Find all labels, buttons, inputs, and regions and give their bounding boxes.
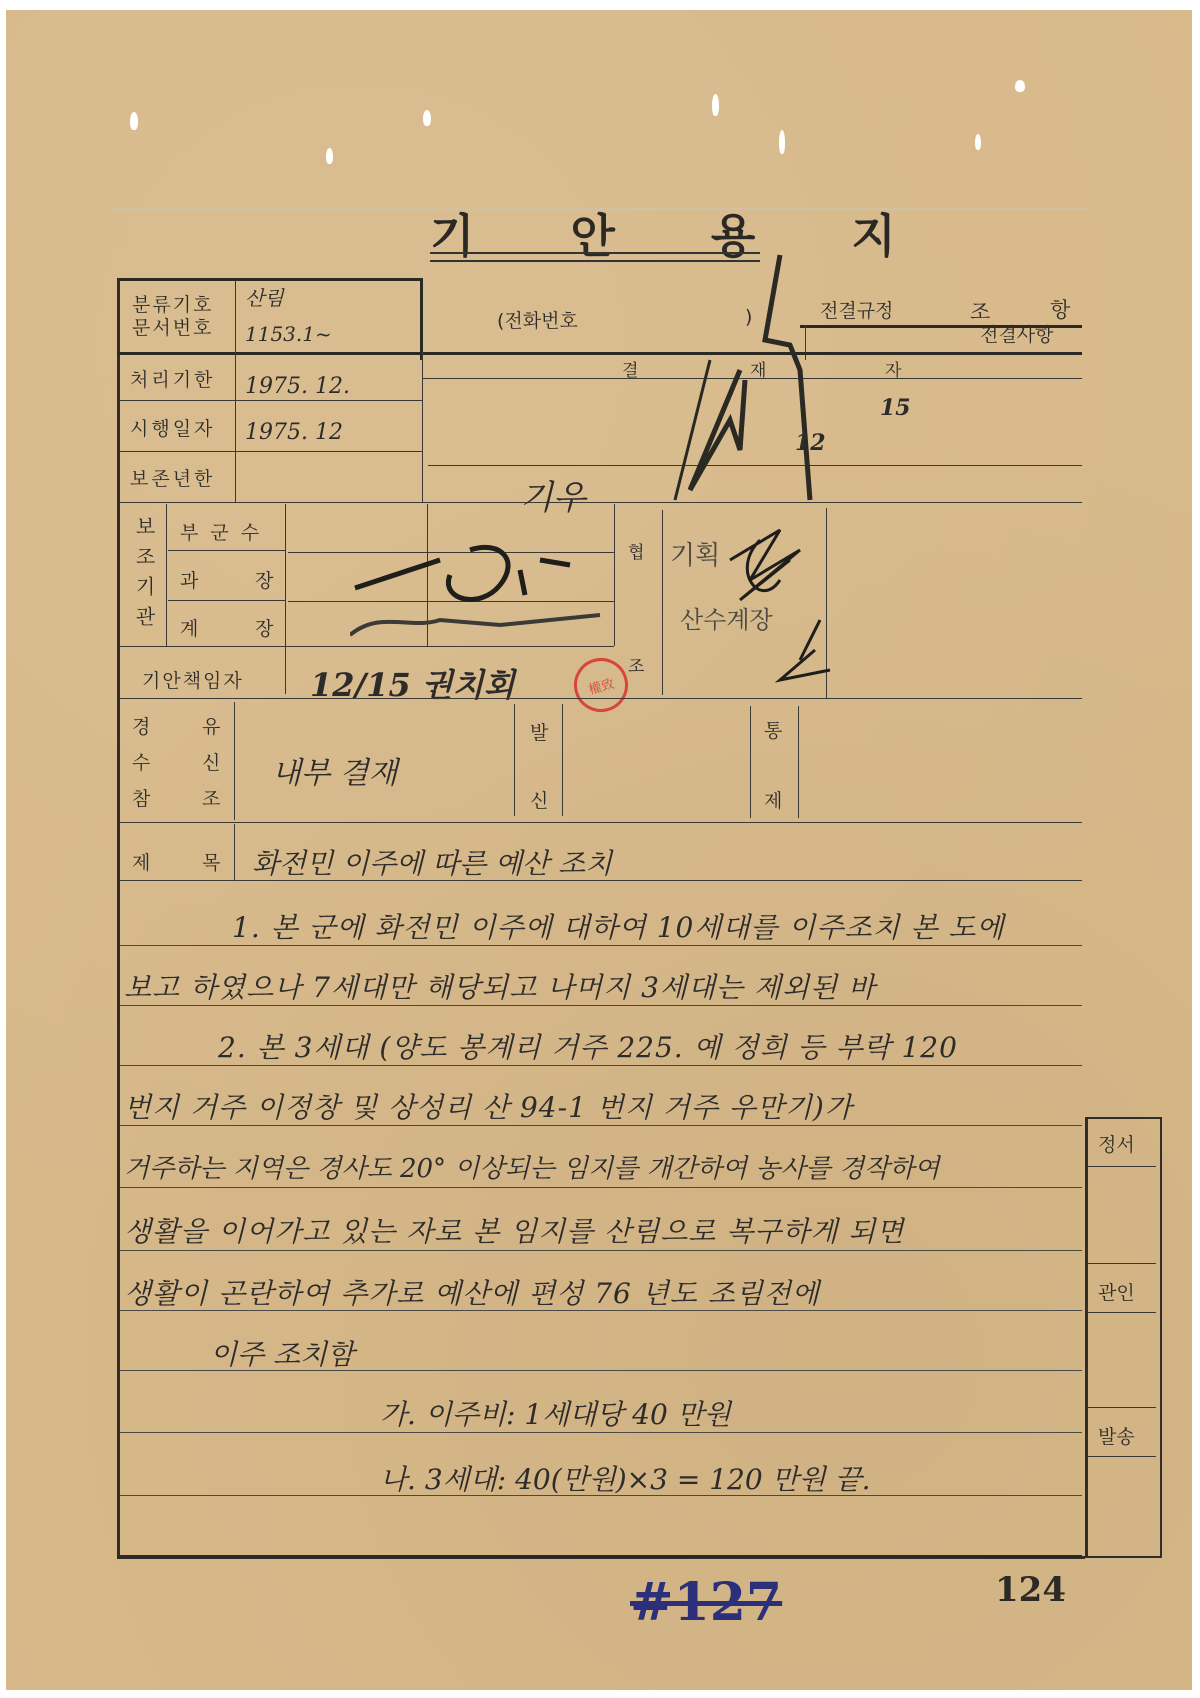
subject-divider [234, 824, 235, 880]
side-panel-line [1088, 1166, 1156, 1167]
side-panel-dispatch: 발송 [1098, 1422, 1135, 1449]
body-rule [120, 1250, 1082, 1251]
dispatch-divider-right [562, 704, 563, 816]
routing-value: 내부 결재 [272, 748, 397, 792]
subject-label-right: 목 [202, 848, 220, 875]
side-panel-line [1088, 1263, 1156, 1264]
auxiliary-row-1-label: 부군수 [180, 518, 271, 545]
binding-hole [326, 148, 333, 164]
subject-label-left: 제 [132, 848, 150, 875]
body-line-7: 생활이 곤란하여 추가로 예산에 편성 76 년도 조림전에 [124, 1272, 820, 1312]
subject-value: 화전민 이주에 따른 예산 조치 [252, 842, 612, 882]
drafter-label: 기안책임자 [142, 666, 244, 693]
header-bottom-line [117, 352, 1082, 355]
control-label-bottom: 제 [764, 786, 782, 813]
drafter-value: 12/15 권치회 [310, 660, 515, 706]
phone-label: (전화번호 [497, 306, 578, 333]
deadline-value: 1975. 12. [245, 374, 350, 399]
binding-hole [779, 130, 785, 154]
side-panel-clean-copy: 정서 [1098, 1130, 1135, 1157]
deadline-line [120, 400, 422, 401]
dates-right-divider [422, 352, 423, 502]
cooperation-entry-planning: 기획 [670, 535, 720, 572]
binding-hole [712, 94, 719, 116]
body-line-4: 번지 거주 이정창 및 상성리 산 94-1 번지 거주 우만기)가 [124, 1086, 853, 1126]
routing-via-right: 유 [202, 712, 220, 739]
control-label-top: 통 [764, 716, 782, 743]
auxiliary-row-3-left: 계 [180, 614, 198, 641]
effective-date-value: 1975. 12 [245, 420, 343, 445]
form-bottom-line [117, 1555, 1082, 1558]
routing-divider [234, 702, 235, 820]
body-rule [120, 1187, 1082, 1188]
cooperation-divider-mid [662, 510, 663, 695]
control-divider-left [750, 706, 751, 818]
side-panel-line [1088, 1456, 1156, 1457]
auxiliary-divider-1 [166, 504, 167, 646]
approver-date-month: 12 [795, 430, 826, 456]
routing-reference-left: 참 [132, 784, 150, 811]
side-panel-official-seal: 관인 [1098, 1278, 1135, 1305]
side-panel-line [1088, 1407, 1156, 1408]
subject-bottom-line [120, 880, 1082, 881]
binding-hole [975, 134, 981, 150]
dispatch-divider-left [514, 704, 515, 816]
auxiliary-row-3-right: 장 [255, 614, 273, 641]
second-approver-signature: 기우 [520, 470, 586, 519]
auxiliary-row-2-line [168, 600, 285, 601]
drafter-bottom-line [120, 698, 1082, 699]
body-line-6: 생활을 이어가고 있는 자로 본 임지를 산림으로 복구하게 되면 [124, 1210, 904, 1250]
document-number-value: 1153.1~ [245, 322, 332, 346]
cooperation-label-bottom: 조 [628, 652, 644, 677]
retention-label: 보존년한 [130, 464, 215, 491]
side-panel-line [1088, 1312, 1156, 1313]
frame-divider [420, 278, 423, 360]
approver-signature [670, 250, 900, 510]
routing-recipient-left: 수 [132, 748, 150, 775]
effective-date-label: 시행일자 [130, 414, 215, 441]
approver-date-day: 15 [880, 395, 911, 421]
auxiliary-group-label: 보조기관 [130, 516, 159, 636]
side-panel [1085, 1117, 1162, 1558]
auxiliary-divider-2 [285, 504, 286, 694]
classification-divider [235, 280, 236, 352]
body-item-ga: 가. 이주비: 1세대당 40 만원 [380, 1393, 731, 1433]
section-chief-signature [350, 540, 630, 640]
deadline-label: 처리기한 [130, 365, 215, 392]
cooperation-divider-left [614, 504, 615, 646]
dispatch-label-bottom: 신 [530, 786, 548, 813]
frame-top-left [117, 278, 423, 281]
document-number-label-2: 문서번호 [132, 313, 213, 340]
routing-via-left: 경 [132, 712, 150, 739]
dates-bottom-line [120, 502, 1082, 503]
dispatch-label-top: 발 [530, 718, 548, 745]
routing-reference-right: 조 [202, 784, 220, 811]
dates-divider [235, 352, 236, 502]
cooperation-signature [720, 520, 850, 690]
binding-hole [1015, 80, 1025, 92]
approval-header-char-1: 결 [622, 356, 638, 381]
decision-matter-label: 전결사항 [980, 320, 1053, 347]
routing-bottom-line [120, 822, 1082, 823]
routing-recipient-right: 신 [202, 748, 220, 775]
cooperation-label-top: 협 [628, 538, 644, 563]
archive-number: #127 [630, 1572, 782, 1633]
classification-value: 산림 [245, 282, 284, 311]
body-line-8: 이주 조치함 [210, 1333, 354, 1373]
body-line-2: 보고 하였으나 7세대만 해당되고 나머지 3세대는 제외된 바 [124, 966, 876, 1006]
body-line-5: 거주하는 지역은 경사도 20° 이상되는 임지를 개간하여 농사를 경작하여 [124, 1148, 939, 1185]
auxiliary-row-2-right: 장 [255, 566, 273, 593]
effective-line [120, 451, 422, 452]
auxiliary-row-1-line [168, 550, 285, 551]
body-line-1: 1. 본 군에 화전민 이주에 대하여 10세대를 이주조치 본 도에 [232, 906, 1005, 946]
binding-hole [423, 110, 431, 126]
auxiliary-row-2-left: 과 [180, 566, 198, 593]
drafter-top-line [120, 646, 614, 647]
page-number: 124 [995, 1570, 1066, 1610]
body-line-3: 2. 본 3세대 (양도 봉계리 거주 225. 예 정희 등 부락 120 [218, 1026, 958, 1066]
binding-hole [130, 112, 138, 130]
control-divider-right [798, 706, 799, 818]
body-item-na: 나. 3세대: 40(만원)×3 = 120 만원 끝. [380, 1458, 871, 1498]
